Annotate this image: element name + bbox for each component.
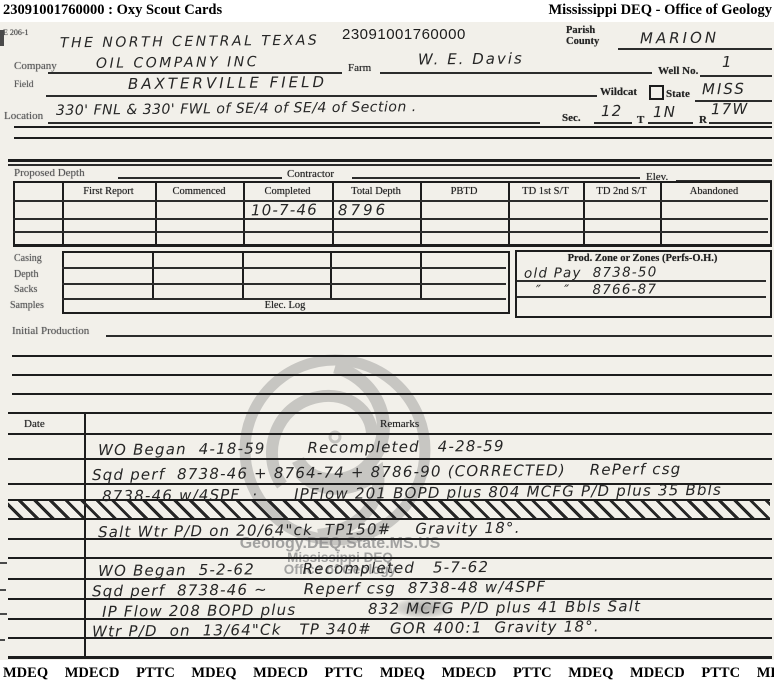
casing-hline (62, 283, 506, 285)
date-column-label: Date (24, 418, 45, 430)
casing-hline (62, 267, 506, 269)
total-depth-value: 8796 (338, 201, 388, 220)
header-bar: 23091001760000 : Oxy Scout Cards Mississ… (0, 0, 774, 22)
table-hline (13, 218, 768, 220)
depth-row-label: Depth (14, 269, 38, 280)
scan-artifact (0, 562, 7, 564)
col-header-td-2nd: TD 2nd S/T (583, 186, 660, 197)
blank-line (12, 374, 772, 376)
api-number: 23091001760000 (342, 26, 466, 43)
casing-vline (242, 251, 244, 298)
elec-log-label: Elec. Log (240, 300, 330, 311)
remark-row-6: Sqd perf 8738-46 ~ Reperf csg 8738-48 w/… (92, 578, 546, 601)
sacks-row-label: Sacks (14, 284, 37, 295)
well-no-label: Well No. (658, 65, 698, 77)
company-label: Company (14, 60, 57, 72)
proposed-depth-underline (118, 177, 282, 179)
field-value: BAXTERVILLE FIELD (128, 73, 327, 93)
casing-vline (152, 251, 154, 298)
contractor-underline (352, 177, 640, 179)
casing-vline (330, 251, 332, 298)
well-no-value: 1 (722, 53, 733, 71)
remarks-line (8, 637, 772, 639)
remark-row-1: WO Began 4-18-59 Recompleted 4-28-59 (98, 437, 505, 459)
county-value: MARION (640, 29, 719, 48)
parish-label: Parish (566, 25, 595, 36)
col-header-first-report: First Report (62, 186, 155, 197)
casing-row-label: Casing (14, 253, 42, 264)
blank-line (12, 355, 772, 357)
remarks-header-bottom-line (8, 433, 772, 435)
remarks-header-top-line (8, 412, 772, 414)
range-underline (709, 122, 772, 124)
range-label: R (699, 114, 707, 126)
state-label: State (666, 88, 690, 100)
date-column-divider (84, 412, 86, 657)
blank-line (14, 137, 772, 139)
scout-card-page: 23091001760000 : Oxy Scout Cards Mississ… (0, 0, 774, 687)
card-bottom-line (8, 656, 772, 659)
farm-underline (380, 72, 652, 74)
company-name-line1: THE NORTH CENTRAL TEXAS (60, 33, 319, 52)
wildcat-label: Wildcat (600, 86, 637, 98)
initial-production-label: Initial Production (12, 325, 89, 337)
scan-artifact (0, 30, 4, 46)
remark-row-2: Sqd perf 8738-46 + 8764-74 + 8786-90 (CO… (92, 460, 682, 484)
location-label: Location (4, 110, 43, 122)
location-underline (48, 122, 540, 124)
field-underline (46, 95, 597, 97)
township-value: 1N (653, 103, 676, 121)
scan-artifact (0, 589, 6, 591)
contractor-label: Contractor (287, 168, 334, 180)
col-header-pbtd: PBTD (420, 186, 508, 197)
scan-artifact (0, 613, 7, 615)
wildcat-checkbox (649, 85, 664, 100)
blank-line (12, 393, 772, 395)
footer-bar: MDEQ MDECD PTTC MDEQ MDECD PTTC MDEQ MDE… (0, 660, 774, 687)
col-header-total-depth: Total Depth (332, 186, 420, 197)
header-left-title: 23091001760000 : Oxy Scout Cards (3, 2, 222, 19)
scan-artifact (0, 639, 5, 641)
proposed-depth-label: Proposed Depth (14, 167, 85, 179)
header-right-title: Mississippi DEQ - Office of Geology (548, 2, 772, 19)
scout-card-scan: Geology.DEQ.State.MS.US Mississippi DEQ … (0, 22, 774, 660)
remarks-column-label: Remarks (380, 418, 419, 430)
company-name-line2: OIL COMPANY INC (96, 54, 259, 72)
well-no-underline (700, 75, 772, 77)
farm-value: W. E. Davis (418, 49, 524, 68)
table-hline (13, 231, 768, 233)
samples-row-label: Samples (10, 300, 44, 311)
section-divider (8, 164, 772, 166)
remarks-line (8, 538, 772, 540)
col-header-completed: Completed (243, 186, 332, 197)
sec-value: 12 (601, 102, 623, 120)
state-value: MISS (702, 80, 746, 98)
sec-label: Sec. (562, 112, 581, 124)
initial-production-underline (106, 335, 772, 337)
form-code: E 206-1 (3, 28, 29, 37)
township-underline (648, 122, 693, 124)
col-header-abandoned: Abandoned (660, 186, 768, 197)
hatched-separator-band (8, 499, 770, 520)
footer-ticker-text: MDEQ MDECD PTTC MDEQ MDECD PTTC MDEQ MDE… (3, 665, 774, 682)
range-value: 17W (711, 100, 749, 118)
prod-zone-header: Prod. Zone or Zones (Perfs-O.H.) (517, 253, 768, 264)
col-header-td-1st: TD 1st S/T (508, 186, 583, 197)
casing-vline (420, 251, 422, 298)
sec-underline (594, 122, 632, 124)
col-header-commenced: Commenced (155, 186, 243, 197)
farm-label: Farm (348, 62, 371, 74)
completed-date-value: 10-7-46 (251, 201, 318, 220)
field-label: Field (14, 80, 34, 90)
table-hline (13, 200, 768, 202)
location-value: 330' FNL & 330' FWL of SE/4 of SE/4 of S… (56, 99, 417, 119)
section-divider (8, 159, 772, 162)
prod-zone-underline (517, 296, 766, 298)
blank-line (14, 126, 772, 128)
county-underline (618, 48, 772, 50)
township-label: T (637, 114, 644, 126)
county-label: County (566, 36, 599, 47)
